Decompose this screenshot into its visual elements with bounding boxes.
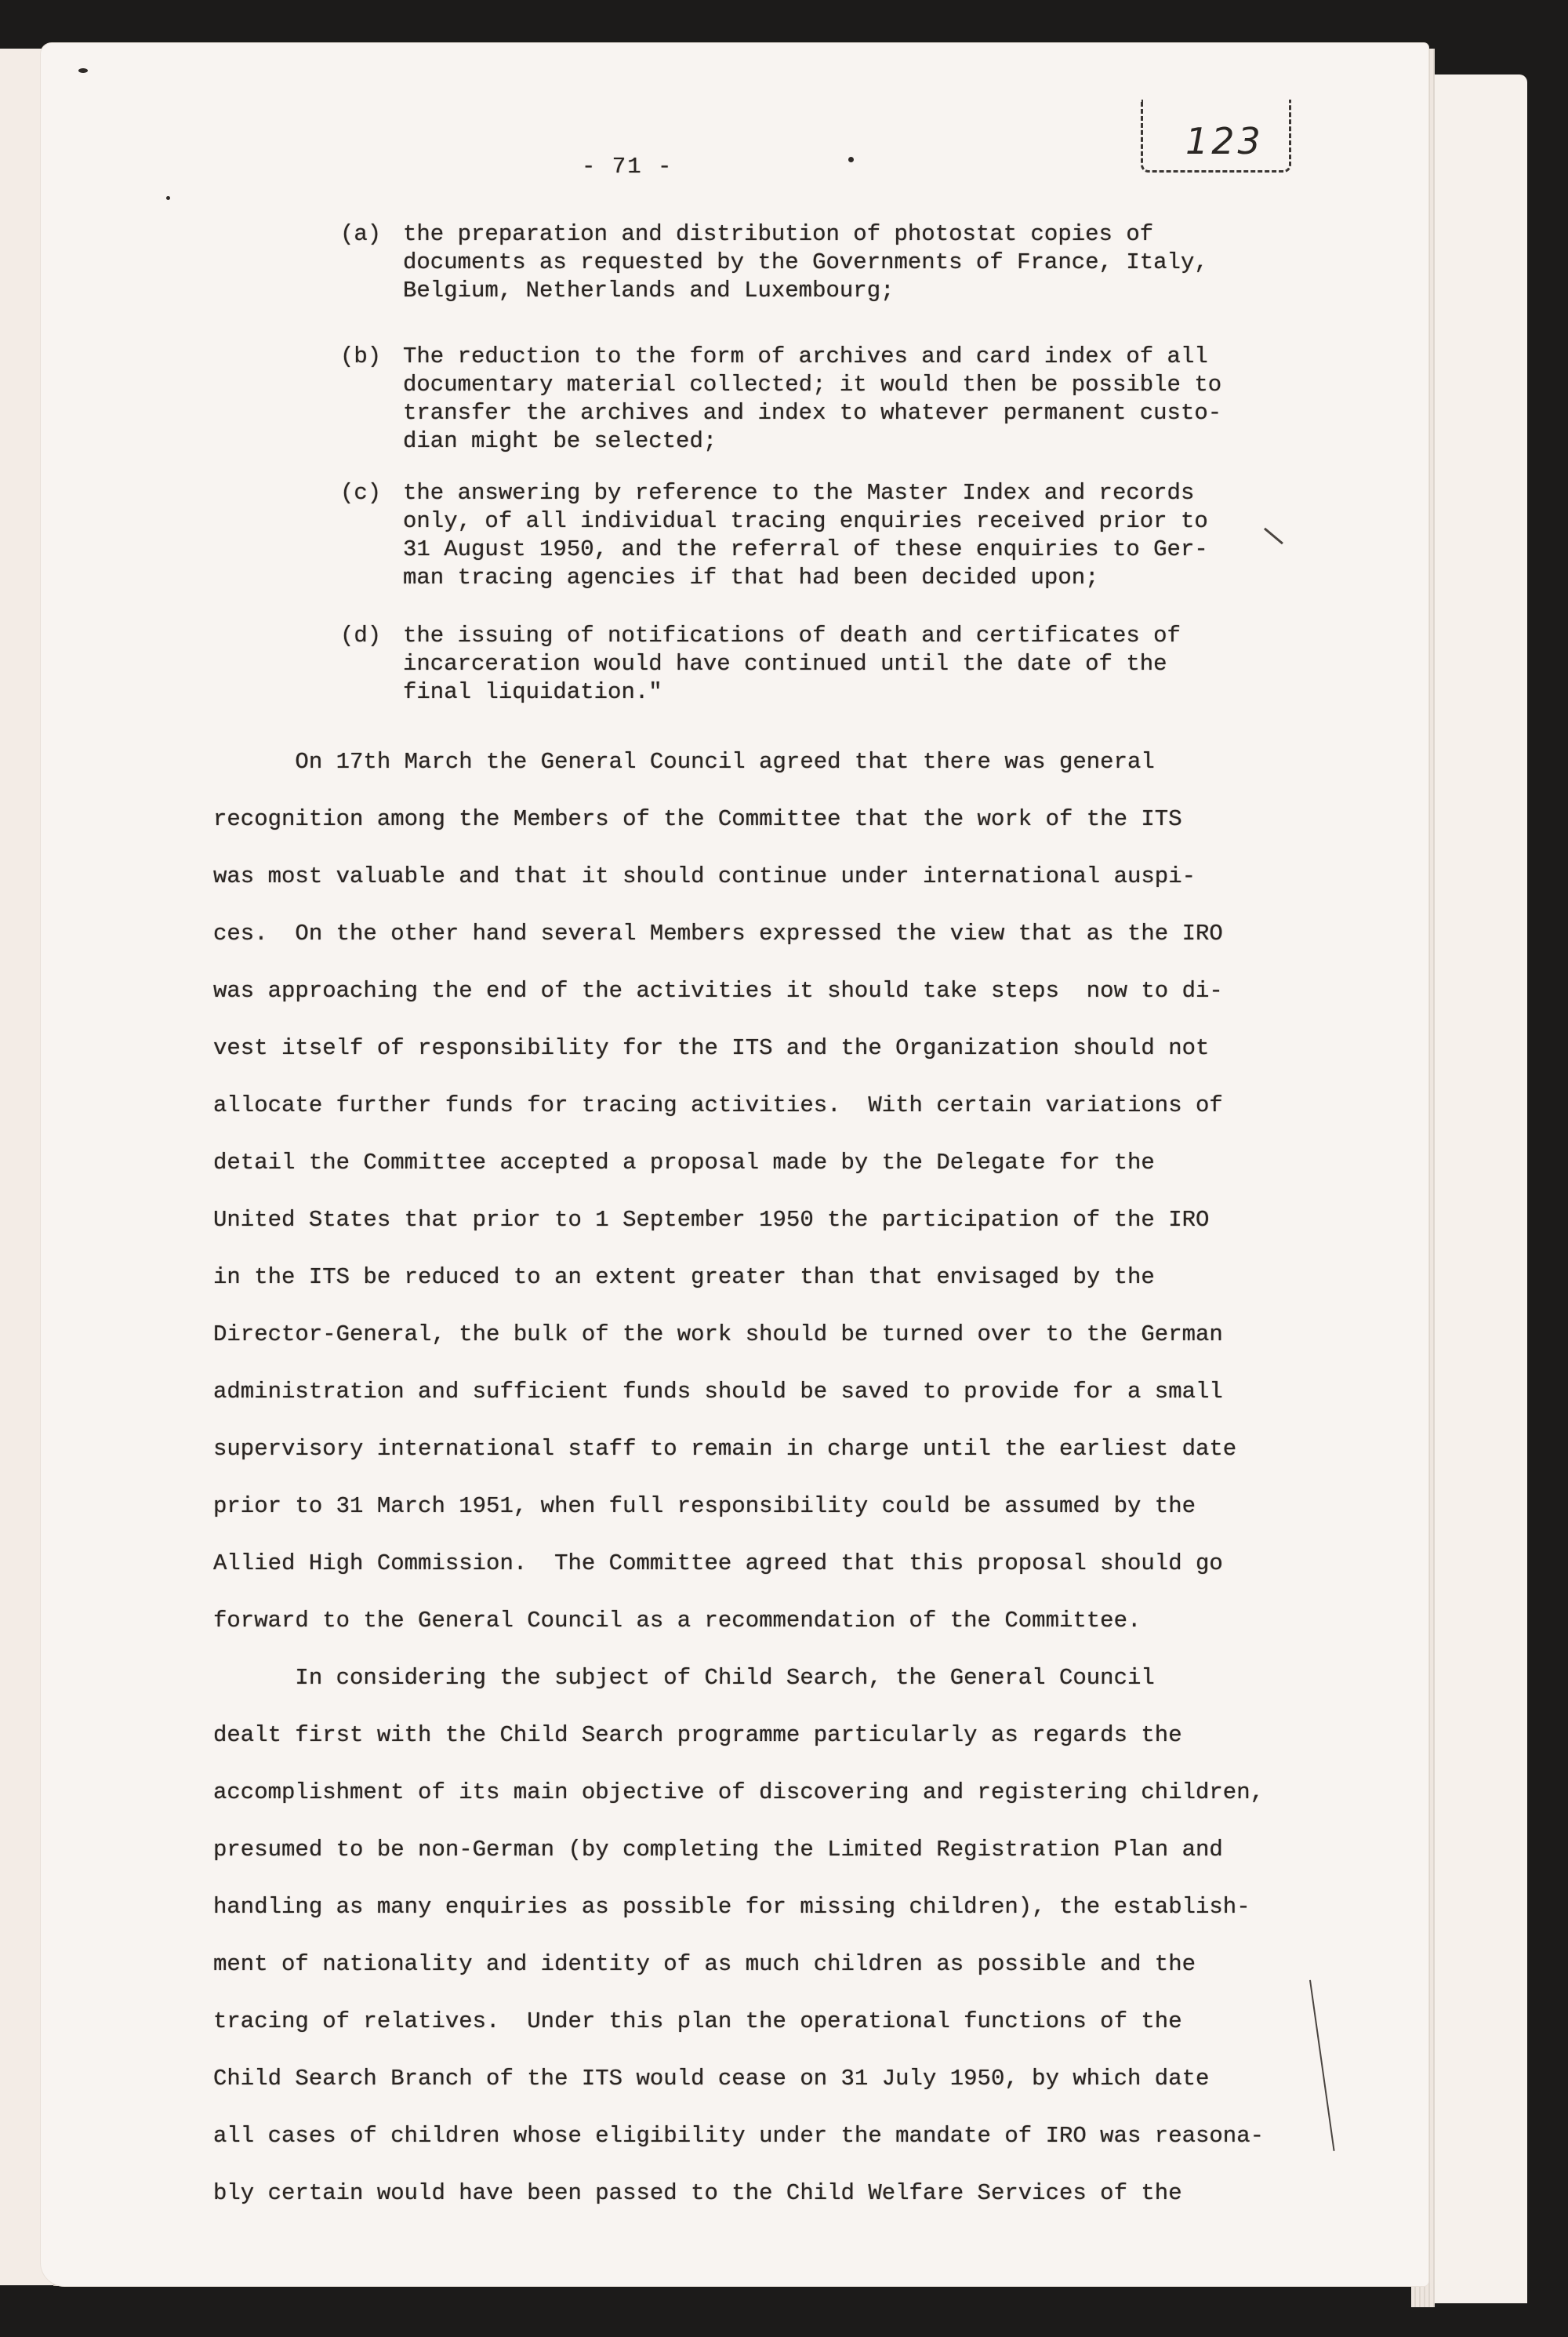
text-line: presumed to be non-German (by completing… <box>213 1821 1342 1878</box>
text-line: Child Search Branch of the ITS would cea… <box>213 2050 1342 2107</box>
paragraph-child-search: In considering the subject of Child Sear… <box>213 1649 1342 2222</box>
clause-b: (b) The reduction to the form of archive… <box>340 343 1250 456</box>
clause-a: (a) the preparation and distribution of … <box>340 220 1250 305</box>
document-page: - 71 - 123 (a) the preparation and distr… <box>41 43 1428 2286</box>
clause-label: (b) <box>340 343 395 371</box>
text-line: In considering the subject of Child Sear… <box>213 1649 1342 1706</box>
text-line: United States that prior to 1 September … <box>213 1191 1342 1248</box>
text-line: was approaching the end of the activitie… <box>213 962 1342 1019</box>
text-line: recognition among the Members of the Com… <box>213 791 1342 848</box>
text-line: vest itself of responsibility for the IT… <box>213 1019 1342 1077</box>
text-line: allocate further funds for tracing activ… <box>213 1077 1342 1134</box>
clause-text: the preparation and distribution of phot… <box>403 220 1250 305</box>
text-line: all cases of children whose eligibility … <box>213 2107 1342 2164</box>
text-line: detail the Committee accepted a proposal… <box>213 1134 1342 1191</box>
text-line: ment of nationality and identity of as m… <box>213 1935 1342 1993</box>
clause-label: (c) <box>340 479 395 507</box>
scan-speck <box>78 68 88 73</box>
text-line: Director-General, the bulk of the work s… <box>213 1306 1342 1363</box>
margin-pencil-mark <box>1264 528 1283 545</box>
clause-text: the answering by reference to the Master… <box>403 479 1250 592</box>
text-line: On 17th March the General Council agreed… <box>213 733 1342 791</box>
scan-speck <box>166 196 170 200</box>
clause-c: (c) the answering by reference to the Ma… <box>340 479 1250 592</box>
text-line: ces. On the other hand several Members e… <box>213 905 1342 962</box>
text-line: prior to 31 March 1951, when full respon… <box>213 1477 1342 1535</box>
back-sheet <box>1432 75 1527 2303</box>
text-line: administration and sufficient funds shou… <box>213 1363 1342 1420</box>
clause-text: the issuing of notifications of death an… <box>403 622 1250 707</box>
page-number: - 71 - <box>582 153 673 181</box>
text-line: in the ITS be reduced to an extent great… <box>213 1248 1342 1306</box>
text-line: bly certain would have been passed to th… <box>213 2164 1342 2222</box>
scan-speck <box>848 157 854 162</box>
text-line: accomplishment of its main objective of … <box>213 1764 1342 1821</box>
text-line: Allied High Commission. The Committee ag… <box>213 1535 1342 1592</box>
paragraph-its-decision: On 17th March the General Council agreed… <box>213 733 1342 1649</box>
archive-number: 123 <box>1185 120 1264 162</box>
text-line: dealt first with the Child Search progra… <box>213 1706 1342 1764</box>
clause-text: The reduction to the form of archives an… <box>403 343 1250 456</box>
text-line: supervisory international staff to remai… <box>213 1420 1342 1477</box>
clause-label: (d) <box>340 622 395 650</box>
text-line: was most valuable and that it should con… <box>213 848 1342 905</box>
text-line: forward to the General Council as a reco… <box>213 1592 1342 1649</box>
clause-label: (a) <box>340 220 395 249</box>
text-line: handling as many enquiries as possible f… <box>213 1878 1342 1935</box>
text-line: tracing of relatives. Under this plan th… <box>213 1993 1342 2050</box>
clause-d: (d) the issuing of notifications of deat… <box>340 622 1250 707</box>
